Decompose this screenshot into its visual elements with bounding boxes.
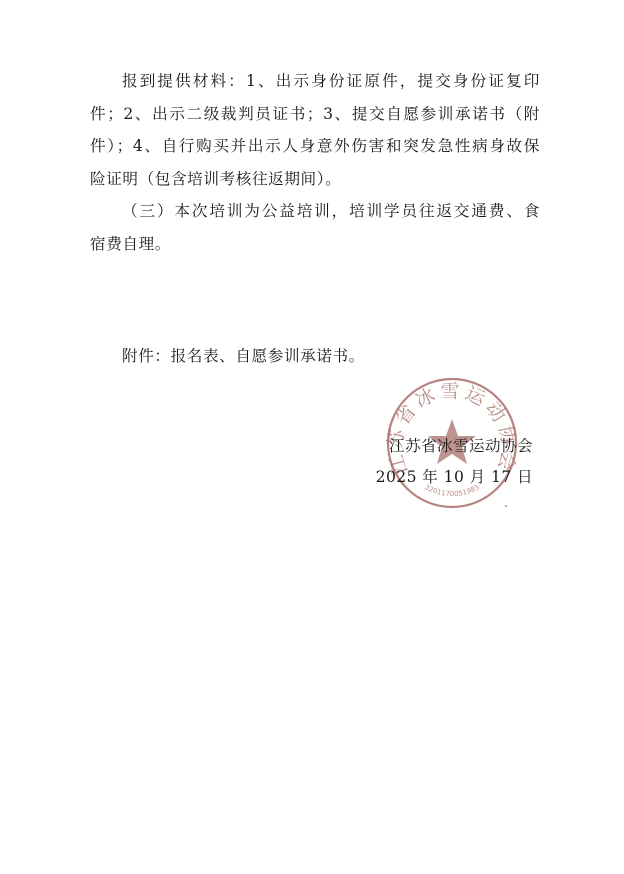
- materials-line-1: 报到提供材料：1、出示身份证原件，提交身份证复印: [90, 65, 540, 98]
- scan-speck: [505, 505, 507, 507]
- materials-paragraph: 报到提供材料：1、出示身份证原件，提交身份证复印 件；2、出示二级裁判员证书；3…: [90, 65, 540, 195]
- fees-line-2: 宿费自理。: [90, 228, 540, 261]
- signature-organization: 江苏省冰雪运动协会: [389, 434, 533, 456]
- materials-line-2: 件；2、出示二级裁判员证书；3、提交自愿参训承诺书（附: [90, 98, 540, 131]
- fees-line-1: （三）本次培训为公益培训，培训学员往返交通费、食: [90, 195, 540, 228]
- materials-line-4: 险证明（包含培训考核往返期间）。: [90, 163, 540, 196]
- fees-paragraph: （三）本次培训为公益培训，培训学员往返交通费、食 宿费自理。: [90, 195, 540, 260]
- signature-date: 2025 年 10 月 17 日: [376, 465, 533, 487]
- materials-line-3: 件）；4、自行购买并出示人身意外伤害和突发急性病身故保: [90, 130, 540, 163]
- attachment-line: 附件：报名表、自愿参训承诺书。: [122, 340, 522, 373]
- document-page: 报到提供材料：1、出示身份证原件，提交身份证复印 件；2、出示二级裁判员证书；3…: [0, 0, 624, 874]
